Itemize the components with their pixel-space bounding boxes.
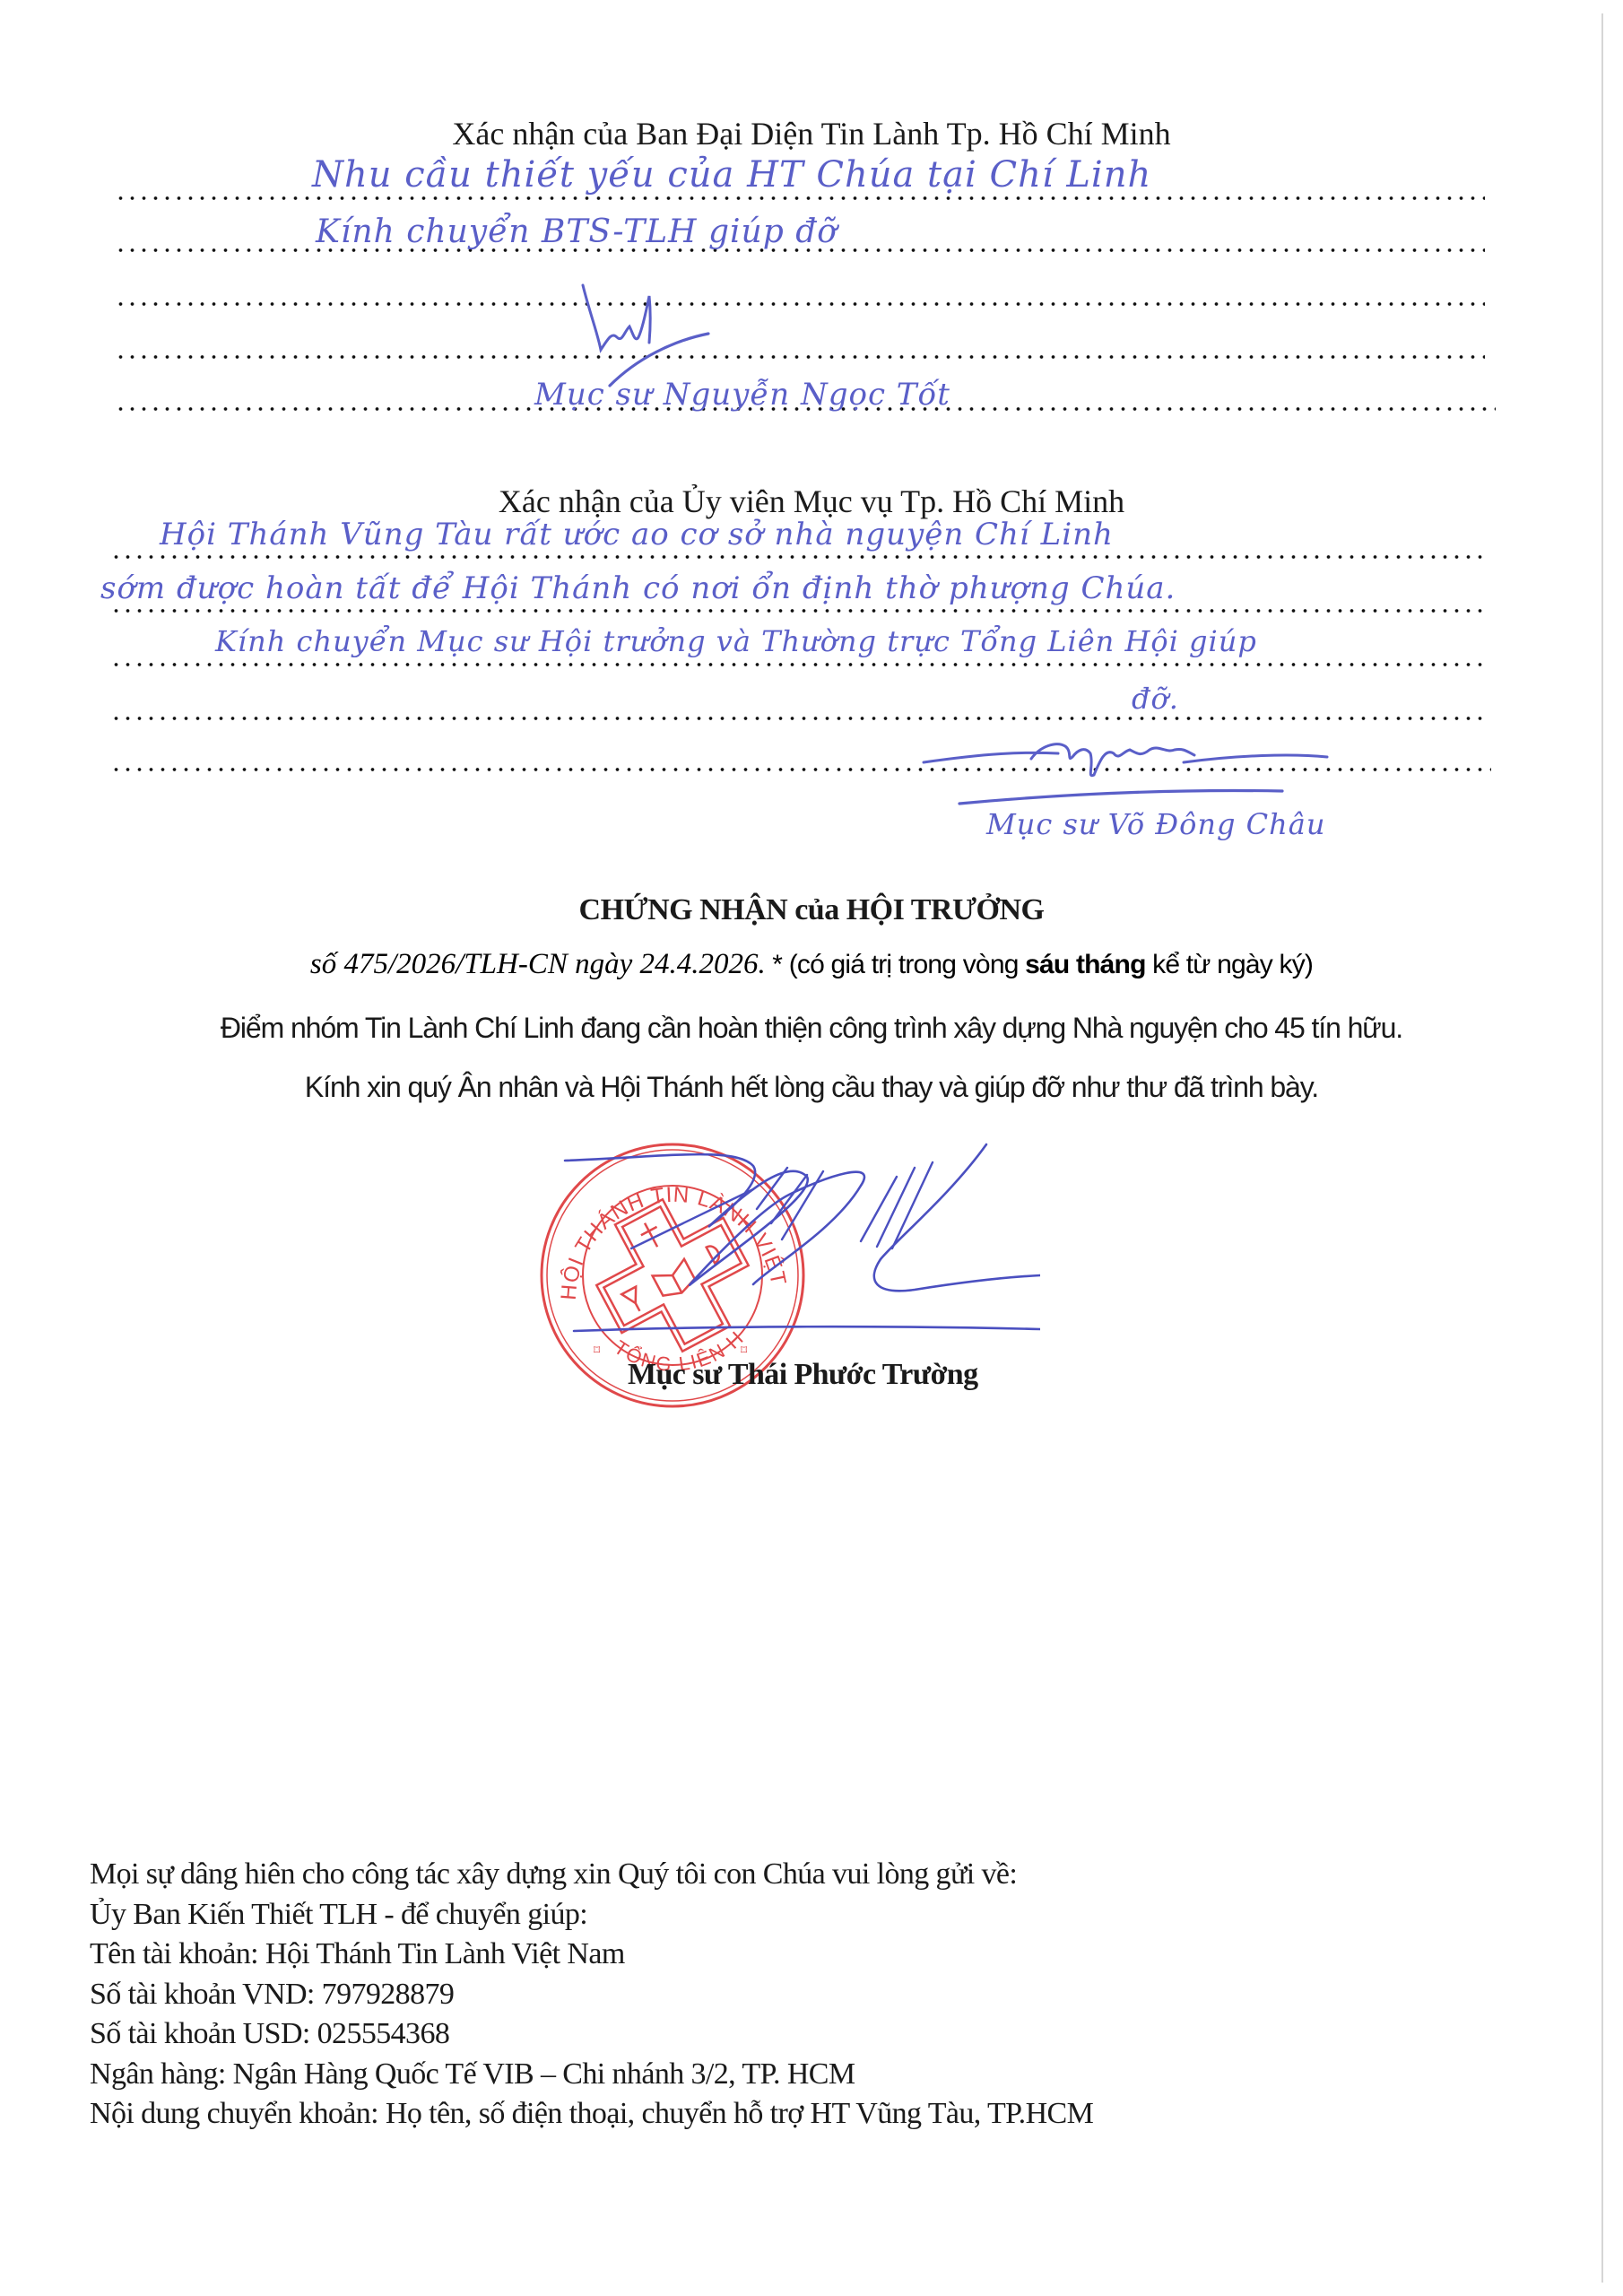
dotted-line: [110, 662, 1485, 667]
handwritten-signer-name: Mục sư Võ Đông Châu: [986, 807, 1325, 841]
chairman-name: Mục sư Thái Phước Trường: [628, 1358, 978, 1392]
validity-period: sáu tháng: [1025, 950, 1145, 979]
account-name: Tên tài khoản: Hội Thánh Tin Lành Việt N…: [90, 1935, 1093, 1975]
handwritten-note-line: Kính chuyển BTS-TLH giúp đỡ: [316, 213, 838, 250]
handwritten-note-line: đỡ.: [1132, 682, 1179, 716]
scan-edge-line: [1601, 13, 1603, 2283]
dotted-line: [110, 716, 1485, 721]
uy-vien-heading: Xác nhận của Ủy viên Mục vụ Tp. Hồ Chí M…: [0, 483, 1623, 520]
handwritten-signature-2: [915, 735, 1381, 807]
transfer-memo: Nội dung chuyển khoản: Họ tên, số điện t…: [90, 2094, 1093, 2135]
document-page: Xác nhận của Ban Đại Diện Tin Lành Tp. H…: [0, 0, 1623, 2296]
bank-transfer-info: Mọi sự dâng hiên cho công tác xây dựng x…: [90, 1855, 1093, 2135]
dotted-line: [110, 554, 1485, 560]
dotted-line: [110, 608, 1485, 613]
donation-instruction: Mọi sự dâng hiên cho công tác xây dựng x…: [90, 1855, 1093, 1895]
certificate-number-line: số 475/2026/TLH-CN ngày 24.4.2026. * (có…: [0, 948, 1623, 981]
ban-dai-dien-heading: Xác nhận của Ban Đại Diện Tin Lành Tp. H…: [0, 115, 1623, 152]
handwritten-note-line: Hội Thánh Vũng Tàu rất ước ao cơ sở nhà …: [160, 517, 1114, 552]
dotted-line: [115, 196, 1485, 201]
account-number-vnd: Số tài khoản VND: 797928879: [90, 1975, 1093, 2015]
certificate-body-line: Điểm nhóm Tin Lành Chí Linh đang cần hoà…: [0, 1012, 1623, 1045]
account-number-usd: Số tài khoản USD: 025554368: [90, 2014, 1093, 2055]
certificate-number: số 475/2026/TLH-CN ngày 24.4.2026.: [310, 948, 766, 980]
handwritten-note-line: Kính chuyển Mục sư Hội trưởng và Thường …: [215, 624, 1257, 658]
validity-prefix: * (có giá trị trong vòng: [766, 950, 1025, 979]
validity-suffix: kể từ ngày ký): [1146, 950, 1314, 979]
handwritten-note-line: Nhu cầu thiết yếu của HT Chúa tại Chí Li…: [312, 154, 1151, 196]
recipient-committee: Ủy Ban Kiến Thiết TLH - để chuyển giúp:: [90, 1895, 1093, 1935]
dotted-line: [115, 354, 1485, 360]
dotted-line: [115, 301, 1485, 307]
handwritten-signer-name: Mục sư Nguyễn Ngọc Tốt: [534, 377, 950, 413]
bank-name: Ngân hàng: Ngân Hàng Quốc Tế VIB – Chi n…: [90, 2055, 1093, 2095]
certificate-body-line: Kính xin quý Ân nhân và Hội Thánh hết lò…: [0, 1071, 1623, 1104]
handwritten-note-line: sớm được hoàn tất để Hội Thánh có nơi ổn…: [100, 570, 1176, 606]
certificate-title: CHỨNG NHẬN của HỘI TRƯỞNG: [0, 893, 1623, 927]
